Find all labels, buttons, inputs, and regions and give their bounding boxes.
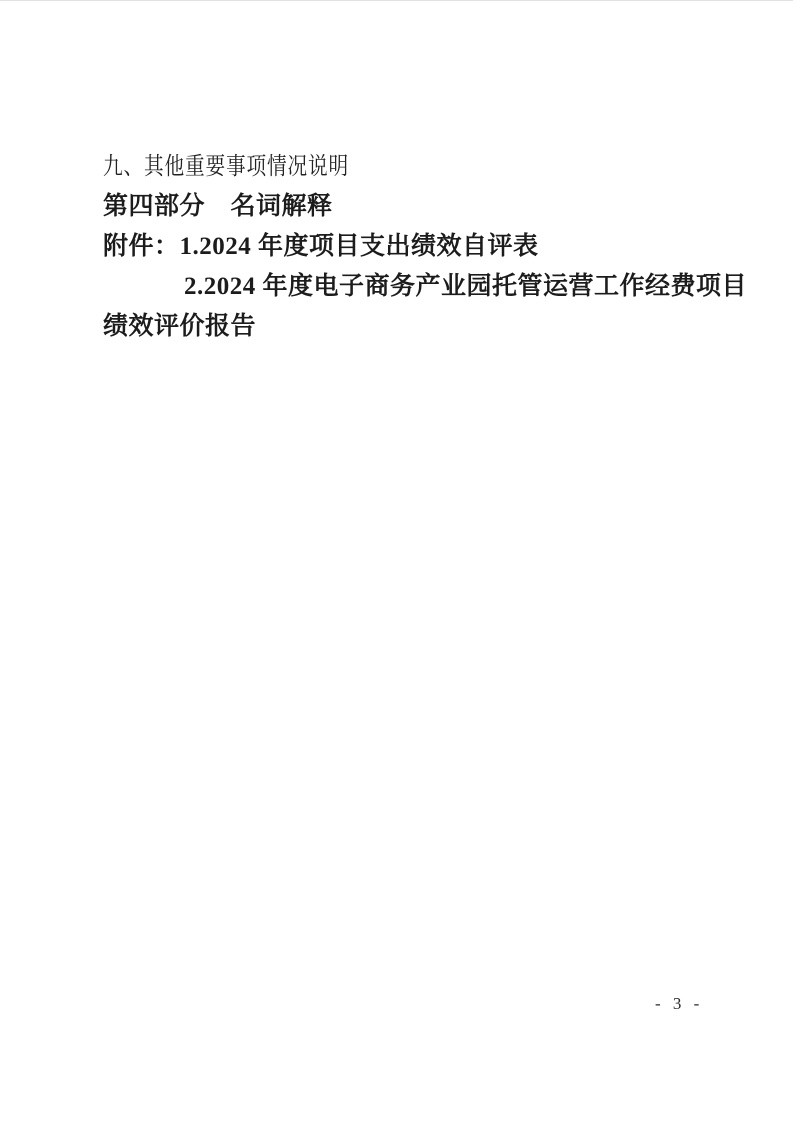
- section-9-heading: 九、其他重要事项情况说明: [103, 147, 605, 187]
- page-number: - 3 -: [655, 994, 703, 1014]
- attachments-line-1: 附件：1.2024 年度项目支出绩效自评表: [103, 227, 715, 267]
- document-page: { "document": { "lines": [ { "text": "九、…: [0, 0, 793, 1122]
- document-body: 九、其他重要事项情况说明 第四部分 名词解释 附件：1.2024 年度项目支出绩…: [103, 147, 715, 347]
- attachments-line-2-continued: 绩效评价报告: [103, 307, 715, 347]
- attachments-line-2: 2.2024 年度电子商务产业园托管运营工作经费项目: [103, 267, 715, 307]
- part-4-heading: 第四部分 名词解释: [103, 187, 715, 227]
